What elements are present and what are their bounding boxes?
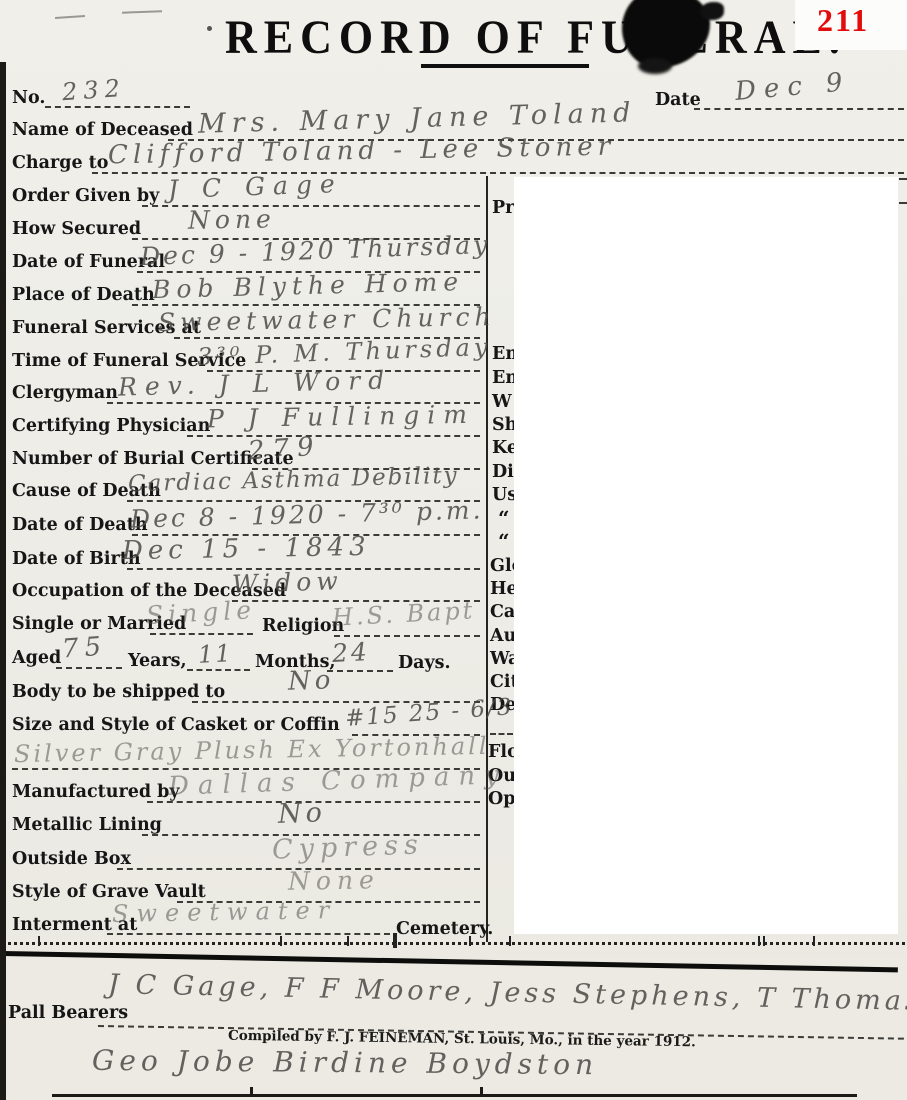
pencil-mark bbox=[122, 10, 162, 13]
field-label-outside-box: Outside Box bbox=[12, 849, 131, 869]
field-value-interment-at: Sweetwater bbox=[112, 896, 338, 928]
dotted-line-stub bbox=[899, 202, 907, 204]
right-col-partial-price: Pr bbox=[492, 198, 514, 218]
dotted-line-stub bbox=[899, 178, 907, 180]
field-label-charge-to: Charge to bbox=[12, 153, 108, 173]
blank-cover-region bbox=[514, 177, 898, 934]
separator-tick bbox=[813, 936, 815, 946]
page-number-stamp: 211 bbox=[817, 2, 869, 39]
field-value-metallic-lining: No bbox=[277, 797, 326, 830]
field-value-burial-certificate: 279 bbox=[247, 431, 323, 466]
separator-tick bbox=[758, 936, 760, 946]
field-value-manufactured-by: Dallas Company bbox=[168, 760, 509, 802]
title-underline bbox=[421, 64, 589, 68]
extra-handwriting-names: Geo Jobe Birdine Boydston bbox=[92, 1044, 598, 1081]
right-col-ditto-mark: “ bbox=[498, 506, 510, 530]
dotted-line bbox=[490, 733, 513, 735]
field-value-aged-months: 11 bbox=[197, 639, 233, 669]
field-value-clergyman: Rev. J L Word bbox=[118, 365, 393, 401]
separator-tick bbox=[347, 936, 349, 946]
column-divider-line bbox=[486, 176, 488, 942]
field-label-cemetery: Cemetery. bbox=[396, 919, 493, 939]
field-label-days: Days. bbox=[398, 653, 451, 673]
field-label-aged: Aged bbox=[12, 648, 61, 668]
field-label-how-secured: How Secured bbox=[12, 219, 141, 239]
pencil-mark bbox=[55, 15, 85, 19]
ink-blot-splatter bbox=[700, 2, 724, 20]
right-col-ditto-mark: “ bbox=[498, 529, 510, 553]
field-label-metallic-lining: Metallic Lining bbox=[12, 815, 162, 835]
field-label-date-of-death: Date of Death bbox=[12, 515, 148, 535]
field-label-clergyman: Clergyman bbox=[12, 383, 118, 403]
field-label-order-given-by: Order Given by bbox=[12, 186, 159, 206]
dotted-line bbox=[187, 435, 480, 437]
right-col-partial-di: Di bbox=[492, 462, 514, 482]
page-title: RECORD OF FUNERAL. bbox=[225, 10, 847, 65]
separator-tick bbox=[38, 936, 40, 946]
field-value-outside-box: Cypress bbox=[272, 829, 425, 865]
ink-dot bbox=[207, 26, 212, 31]
dotted-line bbox=[694, 108, 904, 110]
field-label-no: No. bbox=[12, 88, 45, 108]
separator-dotted-line bbox=[8, 942, 905, 945]
dotted-line bbox=[107, 933, 390, 935]
field-value-date-of-funeral: Dec 9 - 1920 Thursday bbox=[140, 230, 491, 271]
right-col-partial-w: W bbox=[492, 392, 512, 412]
field-value-no: 232 bbox=[61, 74, 127, 106]
scan-edge-tick bbox=[480, 1087, 483, 1096]
separator-tick bbox=[763, 936, 765, 946]
field-value-order-given-by: J C Gage bbox=[168, 169, 344, 204]
field-value-funeral-services-at: Sweetwater Church bbox=[158, 302, 496, 337]
funeral-record-page: RECORD OF FUNERAL. 211 No. 232 Date Dec … bbox=[0, 0, 907, 1100]
field-label-body-shipped: Body to be shipped to bbox=[12, 682, 225, 702]
field-label-name-of-deceased: Name of Deceased bbox=[12, 120, 193, 140]
field-value-certifying-physician: P J Fullingim bbox=[207, 400, 475, 434]
dotted-line bbox=[56, 667, 122, 669]
field-label-manufactured-by: Manufactured by bbox=[12, 782, 180, 802]
field-value-single-or-married: Single bbox=[145, 595, 256, 630]
separator-tick bbox=[509, 936, 511, 946]
separator-tick bbox=[469, 936, 471, 946]
field-value-body-shipped: No bbox=[287, 665, 334, 697]
scan-edge-left bbox=[0, 62, 6, 1100]
field-label-place-of-death: Place of Death bbox=[12, 285, 155, 305]
field-value-casket: #15 25 - 6/3 bbox=[344, 694, 514, 732]
scan-edge-bottom bbox=[52, 1094, 857, 1097]
dotted-line bbox=[150, 633, 253, 635]
dotted-line bbox=[327, 670, 393, 672]
field-label-casket: Size and Style of Casket or Coffin bbox=[12, 715, 340, 735]
separator-tick bbox=[280, 936, 282, 946]
field-value-aged-days: 24 bbox=[331, 637, 370, 668]
separator-tick-bold bbox=[393, 933, 397, 948]
field-value-occupation: Widow bbox=[232, 566, 344, 599]
dotted-line bbox=[45, 106, 190, 108]
scan-edge-tick bbox=[250, 1087, 253, 1096]
field-value-how-secured: None bbox=[188, 204, 276, 235]
field-label-years: Years, bbox=[128, 651, 187, 671]
field-value-date-of-birth: Dec 15 - 1843 bbox=[122, 532, 371, 566]
dotted-line bbox=[187, 669, 250, 671]
field-label-pall-bearers: Pall Bearers bbox=[8, 1003, 128, 1023]
field-value-grave-vault: None bbox=[288, 865, 380, 896]
field-value-aged-years: 75 bbox=[61, 631, 108, 664]
field-label-date: Date bbox=[655, 90, 701, 110]
field-label-certifying-physician: Certifying Physician bbox=[12, 416, 210, 436]
ink-blot-splatter bbox=[638, 58, 672, 74]
field-value-date: Dec 9 bbox=[734, 67, 852, 107]
